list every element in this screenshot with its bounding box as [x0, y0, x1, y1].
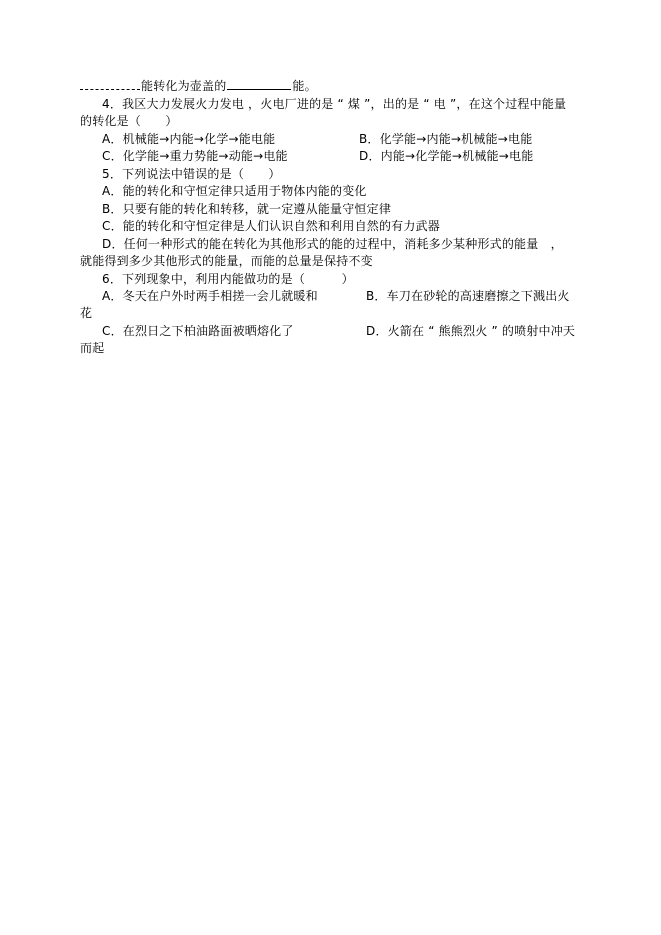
q4-stem-text: 我区大力发展火力发电 ，火电厂进的是 “ 煤 ”，出的是 “ 电 ”，在这个过程… [122, 97, 566, 111]
q5-option-d-line2: 就能得到多少其他形式的能量，而能的总量是保持不变 [80, 253, 373, 270]
q4-option-d: D．内能→化学能→机械能→电能 [359, 148, 533, 165]
q4-option-a: A．机械能→内能→化学→能电能 [102, 131, 275, 148]
q6-option-d-line1: D．火箭在 “ 熊熊烈火 ” 的喷射中冲天 [366, 323, 575, 340]
q6-option-c: C．在烈日之下柏油路面被晒熔化了 [102, 323, 294, 340]
q4-option-c: C．化学能→重力势能→动能→电能 [102, 148, 288, 165]
intro-line: 能转化为壶盖的能。 [80, 78, 317, 95]
q5-option-d-line1: D．任何一种形式的能在转化为其他形式的能的过程中，消耗多少某种形式的能量 ， [102, 236, 563, 253]
q5-option-b: B．只要有能的转化和转移，就一定遵从能量守恒定律 [102, 201, 391, 218]
q5-option-c: C．能的转化和守恒定律是人们认识自然和利用自然的有力武器 [102, 218, 440, 235]
q5-stem: 5．下列说法中错误的是（ ） [102, 166, 281, 183]
document-page: 能转化为壶盖的能。 4．我区大力发展火力发电 ，火电厂进的是 “ 煤 ”，出的是… [0, 0, 661, 935]
intro-text-end: 能。 [292, 79, 316, 93]
answer-blank-2 [227, 78, 291, 90]
intro-text: 能转化为壶盖的 [141, 79, 226, 93]
q4-stem-line2: 的转化是（ ） [80, 113, 178, 130]
q6-option-a: A．冬天在户外时两手相搓一会儿就暖和 [102, 288, 318, 305]
q4-option-b: B．化学能→内能→机械能→电能 [359, 131, 532, 148]
q4-number: 4． [102, 97, 122, 111]
q5-option-a: A．能的转化和守恒定律只适用于物体内能的变化 [102, 183, 367, 200]
q6-option-b-line2: 花 [80, 305, 92, 322]
q6-option-b-line1: B．车刀在砂轮的高速磨擦之下溅出火 [366, 288, 570, 305]
answer-blank-1 [80, 78, 140, 90]
q6-stem: 6．下列现象中，利用内能做功的是（ ） [102, 271, 354, 288]
q6-option-d-line2: 而起 [80, 340, 104, 357]
q4-stem-line1: 4．我区大力发展火力发电 ，火电厂进的是 “ 煤 ”，出的是 “ 电 ”，在这个… [102, 96, 566, 113]
